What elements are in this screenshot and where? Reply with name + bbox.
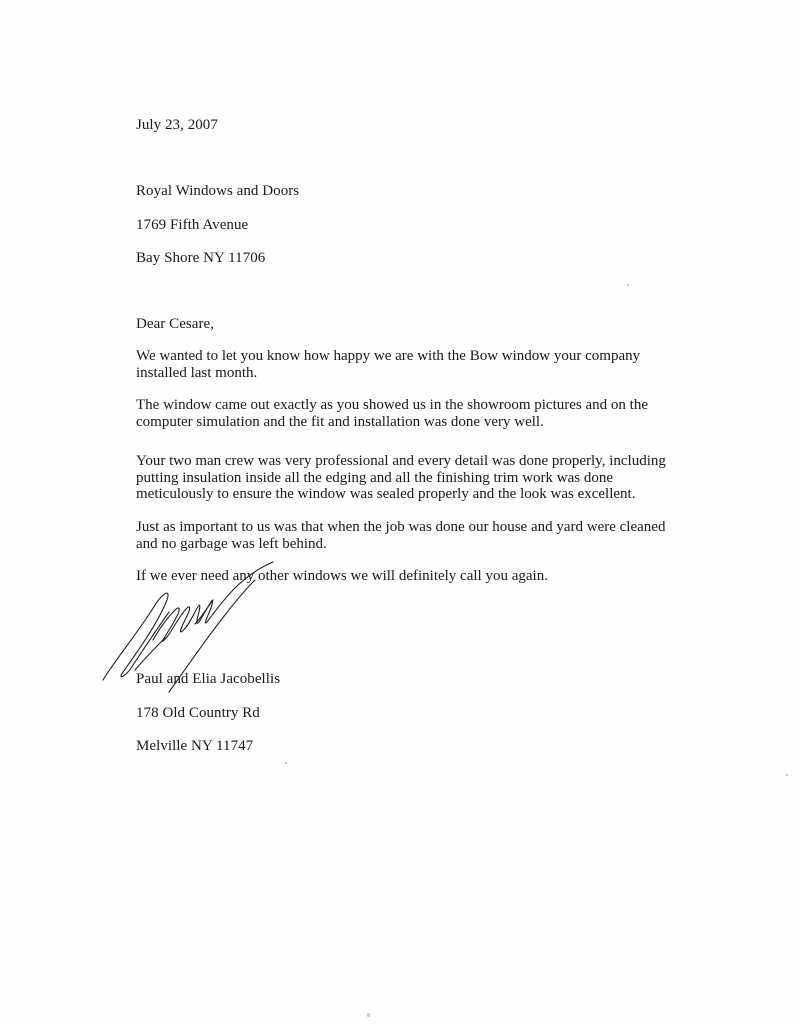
salutation: Dear Cesare, [136, 316, 214, 333]
paragraph-line: If we ever need any other windows we wil… [136, 568, 656, 585]
paragraph-line: The window came out exactly as you showe… [136, 397, 656, 414]
letter-page: July 23, 2007 Royal Windows and Doors 17… [0, 0, 799, 1024]
paragraph-line: meticulously to ensure the window was se… [136, 486, 656, 503]
scan-speck [786, 774, 788, 776]
scan-speck [627, 284, 629, 286]
sender-street: 178 Old Country Rd [136, 705, 260, 722]
sender-name: Paul and Elia Jacobellis [136, 671, 280, 688]
scan-speck [367, 1013, 370, 1017]
paragraph-3: Your two man crew was very professional … [136, 453, 656, 503]
paragraph-line: and no garbage was left behind. [136, 536, 656, 553]
paragraph-5: If we ever need any other windows we wil… [136, 568, 656, 585]
paragraph-line: Just as important to us was that when th… [136, 519, 656, 536]
scan-speck [285, 762, 287, 764]
paragraph-2: The window came out exactly as you showe… [136, 397, 656, 430]
paragraph-line: Your two man crew was very professional … [136, 453, 656, 470]
paragraph-line: putting insulation inside all the edging… [136, 470, 656, 487]
paragraph-line: We wanted to let you know how happy we a… [136, 348, 656, 365]
paragraph-line: installed last month. [136, 365, 656, 382]
recipient-city: Bay Shore NY 11706 [136, 250, 265, 267]
letter-date: July 23, 2007 [136, 117, 218, 134]
recipient-name: Royal Windows and Doors [136, 183, 299, 200]
sender-city: Melville NY 11747 [136, 738, 253, 755]
paragraph-line: computer simulation and the fit and inst… [136, 414, 656, 431]
paragraph-4: Just as important to us was that when th… [136, 519, 656, 552]
paragraph-1: We wanted to let you know how happy we a… [136, 348, 656, 381]
recipient-street: 1769 Fifth Avenue [136, 217, 248, 234]
